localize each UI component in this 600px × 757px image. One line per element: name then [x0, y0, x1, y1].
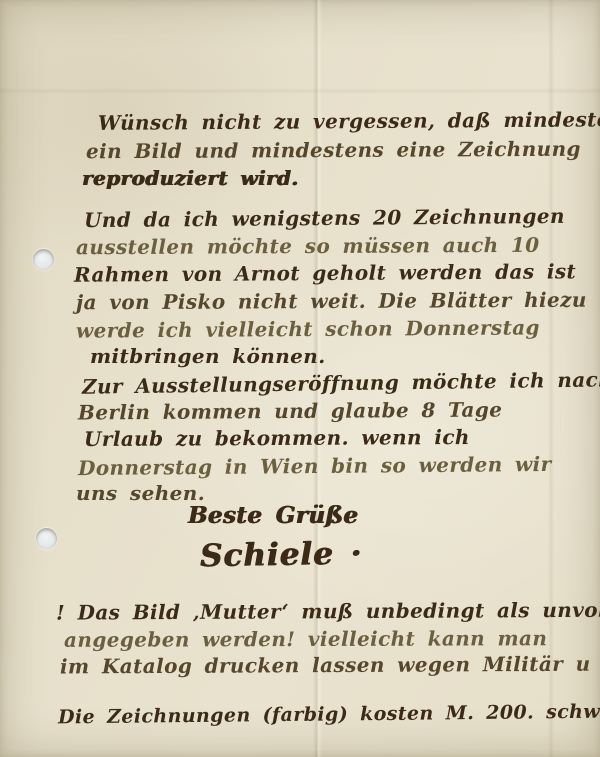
postscript-line: im Katalog drucken lassen wegen Militär …: [60, 653, 600, 678]
letter-line: werde ich vielleicht schon Donnerstag: [76, 316, 540, 341]
letter-line: ein Bild und mindestens eine Zeichnung: [86, 138, 581, 163]
fold-crease-horizontal: [0, 88, 600, 94]
postscript-line: angegeben werden! vielleicht kann man: [64, 627, 547, 651]
signature: Schiele ·: [200, 537, 363, 574]
letter-line: ausstellen möchte so müssen auch 10: [76, 234, 540, 258]
letter-line: Und da ich wenigstens 20 Zeichnungen: [84, 205, 565, 231]
letter-line: Donnerstag in Wien bin so werden wir: [78, 453, 552, 479]
punch-hole-bottom: [36, 528, 57, 549]
letter-line: Rahmen von Arnot geholt werden das ist: [74, 260, 576, 286]
letter-line: Urlaub zu bekommen. wenn ich: [84, 426, 470, 450]
letter-line: Zur Ausstellungseröffnung möchte ich nac…: [82, 368, 600, 397]
price-line: Die Zeichnungen (farbig) kosten M. 200. …: [58, 701, 600, 729]
letter-page: Wünsch nicht zu vergessen, daß mindesten…: [0, 0, 600, 757]
closing-line: Beste Grüße: [188, 503, 358, 528]
postscript-line: ! Das Bild ‚Mutter‘ muß unbedingt als un…: [56, 598, 600, 623]
letter-line: mitbringen können.: [90, 345, 326, 367]
letter-line: ja von Pisko nicht weit. Die Blätter hie…: [76, 289, 587, 314]
letter-line: uns sehen.: [76, 482, 205, 504]
letter-line: Berlin kommen und glaube 8 Tage: [78, 399, 502, 424]
letter-line: reproduziert wird.: [82, 167, 299, 189]
punch-hole-top: [33, 249, 54, 270]
letter-line: Wünsch nicht zu vergessen, daß mindesten…: [98, 108, 600, 134]
